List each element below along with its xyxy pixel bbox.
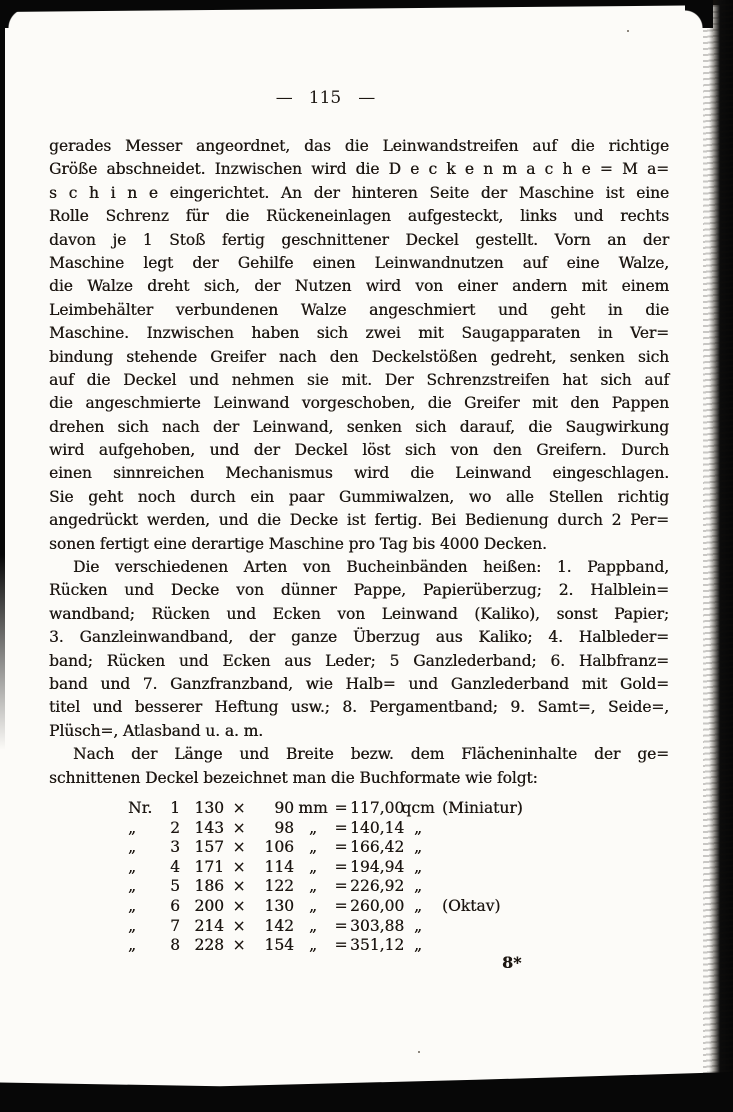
text-line: 3. Ganzleinwandband, der ganze Überzug a…: [49, 626, 669, 649]
scan-edge-top: [0, 0, 733, 12]
area-unit: „: [398, 819, 438, 839]
width-mm: 171: [180, 858, 224, 878]
paragraph-binding-types: Die verschiedenen Arten von Bucheinbände…: [49, 556, 669, 743]
text-block: gerades Messer angeordnet, das die Leinw…: [49, 135, 669, 790]
format-note: (Miniatur): [442, 799, 523, 819]
text-line: Maschine. Inzwischen haben sich zwei mit…: [49, 322, 669, 345]
equals-sign: =: [332, 858, 350, 878]
text-line: Plüsch=, Atlasband u. a. m.: [49, 720, 669, 743]
unit: „: [294, 917, 332, 937]
format-row: „ 2 143 × 98 „ = 140,14 „: [128, 819, 523, 839]
height-mm: 114: [254, 858, 294, 878]
times-sign: ×: [224, 819, 254, 839]
text-line: wandband; Rücken und Ecken von Leinwand …: [49, 603, 669, 626]
width-mm: 130: [180, 799, 224, 819]
row-label: „: [128, 877, 164, 897]
text-line: titel und besserer Heftung usw.; 8. Perg…: [49, 696, 669, 719]
area-value: 140,14: [350, 819, 398, 839]
area-unit: qcm: [398, 799, 438, 819]
unit: „: [294, 877, 332, 897]
width-mm: 157: [180, 838, 224, 858]
format-number: 7: [164, 917, 180, 937]
unit: „: [294, 858, 332, 878]
area-value: 117,00: [350, 799, 398, 819]
header-dash-left: —: [276, 88, 292, 108]
text-line: Die verschiedenen Arten von Bucheinbände…: [49, 556, 669, 579]
text-line: angedrückt werden, und die Decke ist fer…: [49, 509, 669, 532]
header-dash-right: —: [358, 88, 374, 108]
text-line: band; Rücken und Ecken aus Leder; 5 Ganz…: [49, 650, 669, 673]
text-line: Rücken und Decke von dünner Pappe, Papie…: [49, 579, 669, 602]
format-note: (Oktav): [442, 897, 500, 917]
text-line: Leimbehälter verbundenen Walze angeschmi…: [49, 299, 669, 322]
text-line: einen sinnreichen Mechanismus wird die L…: [49, 462, 669, 485]
format-row: „ 6 200 × 130 „ = 260,00 „ (Oktav): [128, 897, 523, 917]
text-line: drehen sich nach der Leinwand, senken si…: [49, 416, 669, 439]
width-mm: 186: [180, 877, 224, 897]
area-value: 194,94: [350, 858, 398, 878]
scan-speck: [418, 1051, 420, 1053]
text-line: wird aufgehoben, und der Deckel löst sic…: [49, 439, 669, 462]
paragraph-machine: gerades Messer angeordnet, das die Leinw…: [49, 135, 669, 556]
row-label: „: [128, 819, 164, 839]
equals-sign: =: [332, 917, 350, 937]
paragraph-formats-intro: Nach der Länge und Breite bezw. dem Fläc…: [49, 743, 669, 790]
format-number: 8: [164, 936, 180, 956]
area-unit: „: [398, 858, 438, 878]
height-mm: 106: [254, 838, 294, 858]
height-mm: 122: [254, 877, 294, 897]
width-mm: 200: [180, 897, 224, 917]
times-sign: ×: [224, 799, 254, 819]
scan-corner-top-right: [685, 0, 713, 28]
format-row: „ 5 186 × 122 „ = 226,92 „: [128, 877, 523, 897]
height-mm: 142: [254, 917, 294, 937]
row-label: „: [128, 917, 164, 937]
times-sign: ×: [224, 838, 254, 858]
equals-sign: =: [332, 897, 350, 917]
text-line: Rolle Schrenz für die Rückeneinlagen auf…: [49, 205, 669, 228]
width-mm: 214: [180, 917, 224, 937]
text-line: die Walze dreht sich, der Nutzen wird vo…: [49, 275, 669, 298]
format-row: „ 4 171 × 114 „ = 194,94 „: [128, 858, 523, 878]
format-row: Nr. 1 130 × 90 mm = 117,00 qcm (Miniatur…: [128, 799, 523, 819]
text-line: Nach der Länge und Breite bezw. dem Fläc…: [49, 743, 669, 766]
scan-corner-top-left: [0, 0, 28, 28]
width-mm: 228: [180, 936, 224, 956]
times-sign: ×: [224, 897, 254, 917]
text-line: Maschine legt der Gehilfe einen Leinwand…: [49, 252, 669, 275]
text-line: die angeschmierte Leinwand vorgeschoben,…: [49, 392, 669, 415]
unit: „: [294, 838, 332, 858]
area-unit: „: [398, 917, 438, 937]
scan-speck: [627, 30, 629, 32]
row-label: „: [128, 838, 164, 858]
page-number: 115: [309, 88, 341, 108]
equals-sign: =: [332, 819, 350, 839]
equals-sign: =: [332, 799, 350, 819]
signature-mark: 8*: [502, 953, 522, 972]
area-unit: „: [398, 838, 438, 858]
height-mm: 90: [254, 799, 294, 819]
scan-edge-left: [0, 0, 5, 750]
text-line: bindung stehende Greifer nach den Deckel…: [49, 346, 669, 369]
times-sign: ×: [224, 936, 254, 956]
text-line: davon je 1 Stoß fertig geschnittener Dec…: [49, 229, 669, 252]
times-sign: ×: [224, 858, 254, 878]
text-line: Sie geht noch durch ein paar Gummiwalzen…: [49, 486, 669, 509]
times-sign: ×: [224, 877, 254, 897]
unit: „: [294, 819, 332, 839]
unit: mm: [294, 799, 332, 819]
area-value: 226,92: [350, 877, 398, 897]
times-sign: ×: [224, 917, 254, 937]
area-value: 166,42: [350, 838, 398, 858]
format-number: 4: [164, 858, 180, 878]
area-unit: „: [398, 877, 438, 897]
text-line: band und 7. Ganzfranzband, wie Halb= und…: [49, 673, 669, 696]
format-row: „ 8 228 × 154 „ = 351,12 „: [128, 936, 523, 956]
text-line: auf die Deckel und nehmen sie mit. Der S…: [49, 369, 669, 392]
book-formats-table: Nr. 1 130 × 90 mm = 117,00 qcm (Miniatur…: [128, 799, 523, 956]
area-value: 303,88: [350, 917, 398, 937]
area-unit: „: [398, 897, 438, 917]
text-line: schnittenen Deckel bezeichnet man die Bu…: [49, 767, 669, 790]
area-value: 260,00: [350, 897, 398, 917]
height-mm: 98: [254, 819, 294, 839]
format-number: 3: [164, 838, 180, 858]
row-label: „: [128, 858, 164, 878]
format-row: „ 3 157 × 106 „ = 166,42 „: [128, 838, 523, 858]
unit: „: [294, 936, 332, 956]
area-unit: „: [398, 936, 438, 956]
text-line: sonen fertigt eine derartige Maschine pr…: [49, 533, 669, 556]
height-mm: 154: [254, 936, 294, 956]
text-line: Größe abschneidet. Inzwischen wird die D…: [49, 158, 669, 181]
format-number: 6: [164, 897, 180, 917]
area-value: 351,12: [350, 936, 398, 956]
equals-sign: =: [332, 877, 350, 897]
height-mm: 130: [254, 897, 294, 917]
format-number: 1: [164, 799, 180, 819]
format-number: 2: [164, 819, 180, 839]
equals-sign: =: [332, 838, 350, 858]
width-mm: 143: [180, 819, 224, 839]
text-line: s c h i n e eingerichtet. An der hintere…: [49, 182, 669, 205]
page-header: — 115 —: [225, 88, 425, 108]
format-row: „ 7 214 × 142 „ = 303,88 „: [128, 917, 523, 937]
unit: „: [294, 897, 332, 917]
format-number: 5: [164, 877, 180, 897]
scan-edge-bottom: [0, 1066, 733, 1112]
row-label: Nr.: [128, 799, 164, 819]
scan-edge-right: [703, 0, 733, 1112]
row-label: „: [128, 936, 164, 956]
row-label: „: [128, 897, 164, 917]
text-line: gerades Messer angeordnet, das die Leinw…: [49, 135, 669, 158]
equals-sign: =: [332, 936, 350, 956]
